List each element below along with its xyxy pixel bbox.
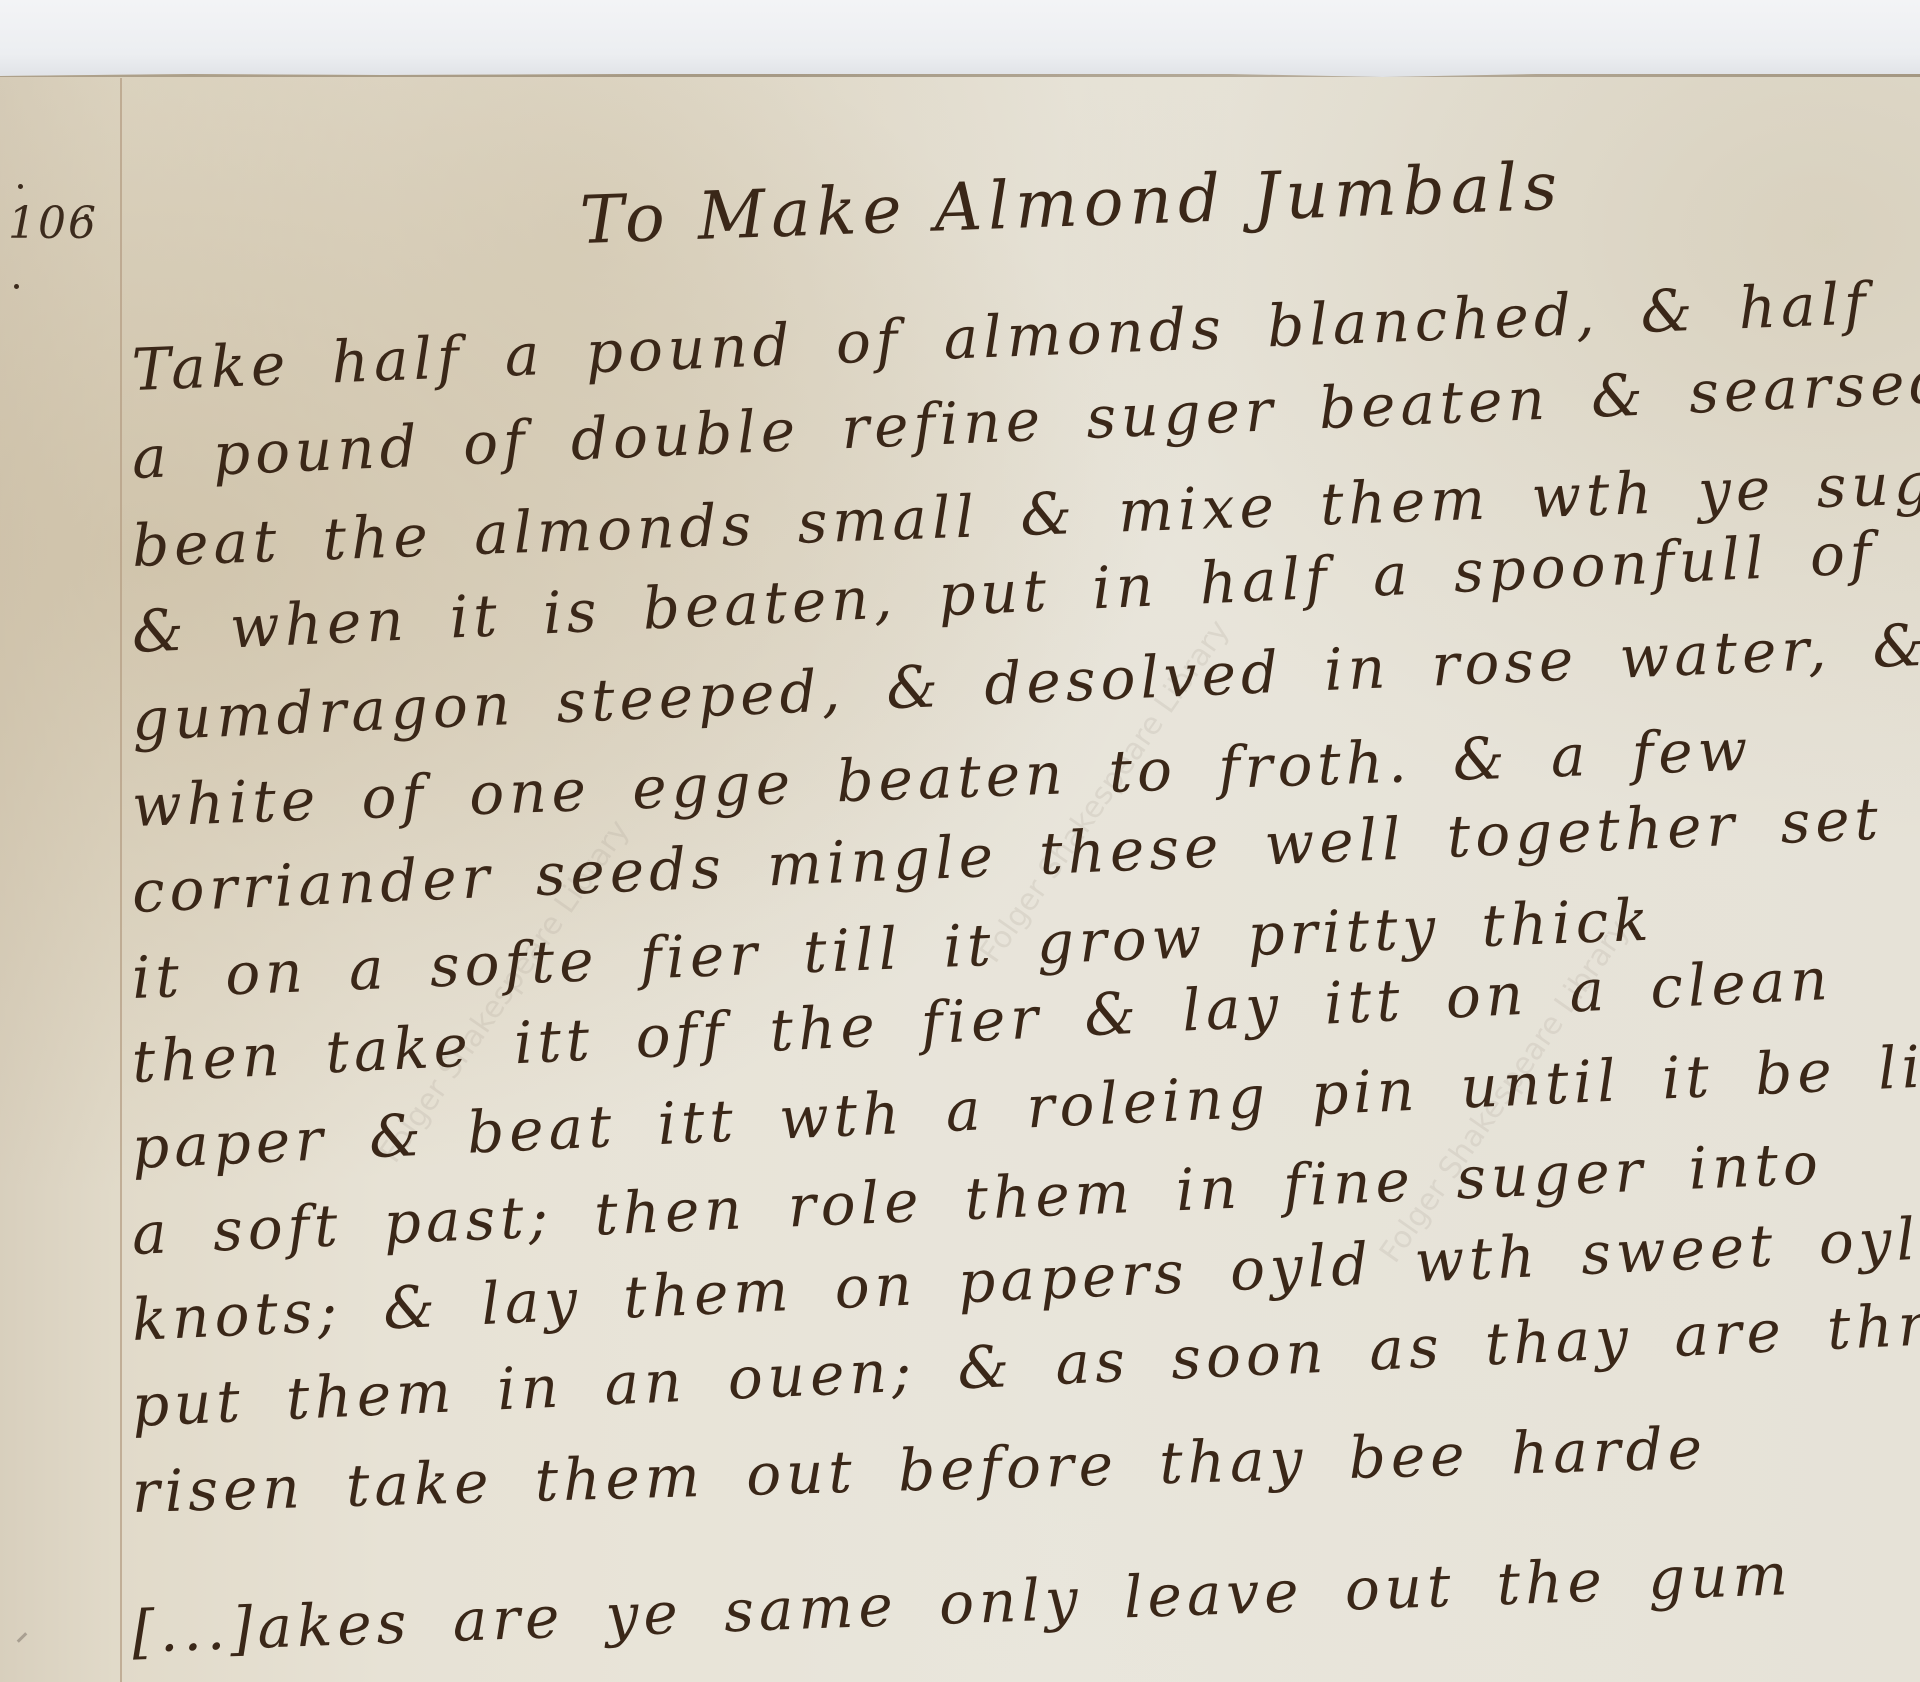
page-number: 106 [8,198,98,249]
margin-rule [120,78,122,1682]
recipe-title: To Make Almond Jumbals [579,148,1565,259]
recipe-line: risen take them out before thay bee hard… [131,1414,1708,1526]
recipe-line: [...]akes are ye same only leave out the… [131,1540,1794,1666]
margin-dot [14,284,19,289]
library-stamp [16,1630,34,1643]
manuscript-page: 106 To Make Almond Jumbals Folger Shakes… [0,74,1920,1682]
margin-dot [84,214,89,219]
margin-dot [18,184,23,189]
key-icon [17,1632,28,1643]
